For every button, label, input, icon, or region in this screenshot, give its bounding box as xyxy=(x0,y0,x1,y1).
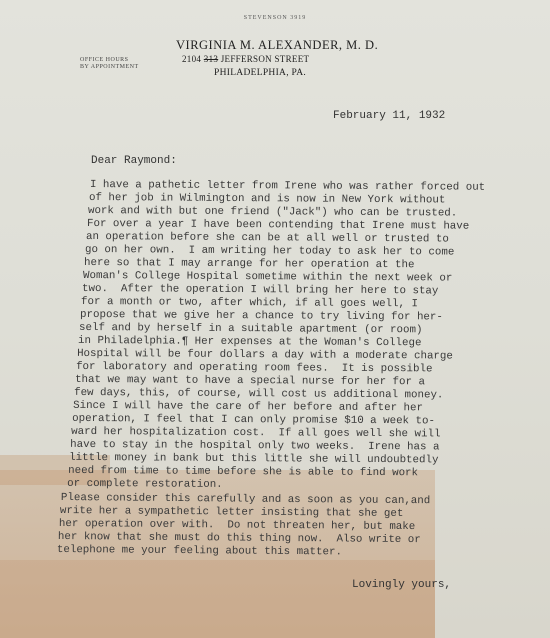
street-name: JEFFERSON STREET xyxy=(221,54,310,64)
paper-stain xyxy=(0,560,435,638)
letter-line: or complete restoration. xyxy=(67,478,483,494)
office-hours: OFFICE HOURS BY APPOINTMENT xyxy=(80,57,139,71)
doctor-name: VIRGINIA M. ALEXANDER, M. D. xyxy=(176,38,378,53)
salutation: Dear Raymond: xyxy=(91,155,177,167)
letterhead-phone: STEVENSON 3919 xyxy=(0,15,550,21)
letter-paragraph-1: I have a pathetic letter from Irene who … xyxy=(88,179,485,494)
closing: Lovingly yours, xyxy=(352,579,451,591)
address-city: PHILADELPHIA, PA. xyxy=(214,68,306,78)
letter-date: February 11, 1932 xyxy=(333,110,445,122)
letter-paragraph-2: Please consider this carefully and as so… xyxy=(60,492,430,560)
struck-street-number: 313 xyxy=(204,54,218,64)
street-number: 2104 xyxy=(182,54,201,64)
office-hours-line1: OFFICE HOURS xyxy=(80,57,139,64)
address-street: 2104 313 JEFFERSON STREET xyxy=(182,54,309,64)
office-hours-line2: BY APPOINTMENT xyxy=(80,64,139,71)
